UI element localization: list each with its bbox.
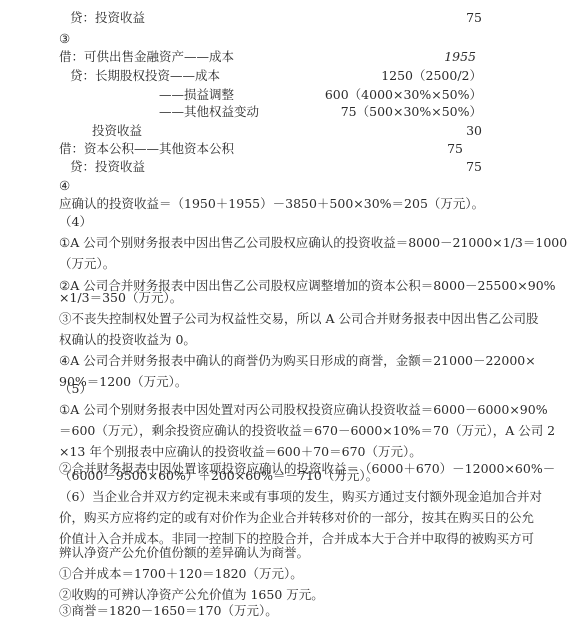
s6-item2: ②收购的可辨认净资产公允价值为 1650 万元。 <box>59 587 324 603</box>
entry-credit-label: 贷：投资收益 <box>70 10 145 26</box>
entry-debit-capital-reserve-amount: 75 <box>447 141 463 157</box>
entry-credit-inv-income-2-label: 贷：投资收益 <box>70 159 145 175</box>
s6-item1: ①合并成本＝1700＋120＝1820（万元）。 <box>59 566 303 582</box>
entry-credit-inv-income-2-amount: 75 <box>466 159 482 175</box>
s4-item2-line2: ×1/3＝350（万元）。 <box>59 290 182 306</box>
entry-credit-lti-pl-label: ——损益调整 <box>159 87 234 103</box>
s4-item1-line2: （万元）。 <box>59 256 115 272</box>
s4-item3-line1: ③不丧失控制权处置子公司为权益性交易，所以 A 公司合并财务报表中因出售乙公司股 <box>59 311 538 327</box>
entry-credit-inv-income-amount: 30 <box>466 123 482 139</box>
entry-credit-lti-oe-amount: 75（500×30%×50%） <box>341 104 482 120</box>
entry-credit-amount: 75 <box>466 10 482 26</box>
entry-debit-afs-amount: 1955 <box>444 49 476 65</box>
s4-item1-line1: ①A 公司个别财务报表中因出售乙公司股权应确认的投资收益＝8000－21000×… <box>59 235 567 251</box>
step-marker-3: ③ <box>59 31 70 47</box>
entry-debit-capital-reserve-label: 借：资本公积——其他资本公积 <box>59 141 234 157</box>
s5-item1-line2: ＝600（万元），剩余投资应确认的投资收益＝670－6000×10%＝70（万元… <box>59 423 555 439</box>
s6-line1: （6）当企业合并双方约定视未来或有事项的发生，购买方通过支付额外现金追加合并对 <box>59 489 542 505</box>
entry-credit-lti-cost-label: 贷：长期股权投资——成本 <box>70 68 220 84</box>
document-page: 贷：投资收益 75 ③ 借：可供出售金融资产——成本 1955 贷：长期股权投资… <box>0 0 576 619</box>
section-4-heading: （4） <box>59 214 92 230</box>
entry-credit-lti-oe-label: ——其他权益变动 <box>159 104 259 120</box>
section-5-heading: （5） <box>59 381 92 397</box>
s5-item1-line3: ×13 年个别报表中应确认的投资收益＝600＋70＝670（万元）。 <box>59 444 422 460</box>
entry-credit-lti-pl-amount: 600（4000×30%×50%） <box>325 87 482 103</box>
step-marker-4: ④ <box>59 178 70 194</box>
s6-item3: ③商誉＝1820－1650＝170（万元）。 <box>59 603 278 619</box>
s6-line4: 辨认净资产公允价值份额的差异确认为商誉。 <box>59 545 309 561</box>
s5-item2-line2: （6000－9500×60%）＋200×60%＝－710（万元）。 <box>59 468 378 484</box>
entry-debit-afs-label: 借：可供出售金融资产——成本 <box>59 49 234 65</box>
calc-investment-income: 应确认的投资收益＝（1950＋1955）－3850＋500×30%＝205（万元… <box>59 196 484 212</box>
s6-line2: 价，购买方应将约定的或有对价作为企业合并转移对价的一部分，按其在购买日的公允 <box>59 510 534 526</box>
s5-item1-line1: ①A 公司个别财务报表中因处置对丙公司股权投资应确认投资收益＝6000－6000… <box>59 402 548 418</box>
entry-credit-lti-cost-amount: 1250（2500/2） <box>381 68 482 84</box>
s4-item4-line1: ④A 公司合并财务报表中确认的商誉仍为购买日形成的商誉，金额＝21000－220… <box>59 353 536 369</box>
entry-credit-inv-income-label: 投资收益 <box>92 123 142 139</box>
s4-item3-line2: 权确认的投资收益为 0。 <box>59 332 196 348</box>
